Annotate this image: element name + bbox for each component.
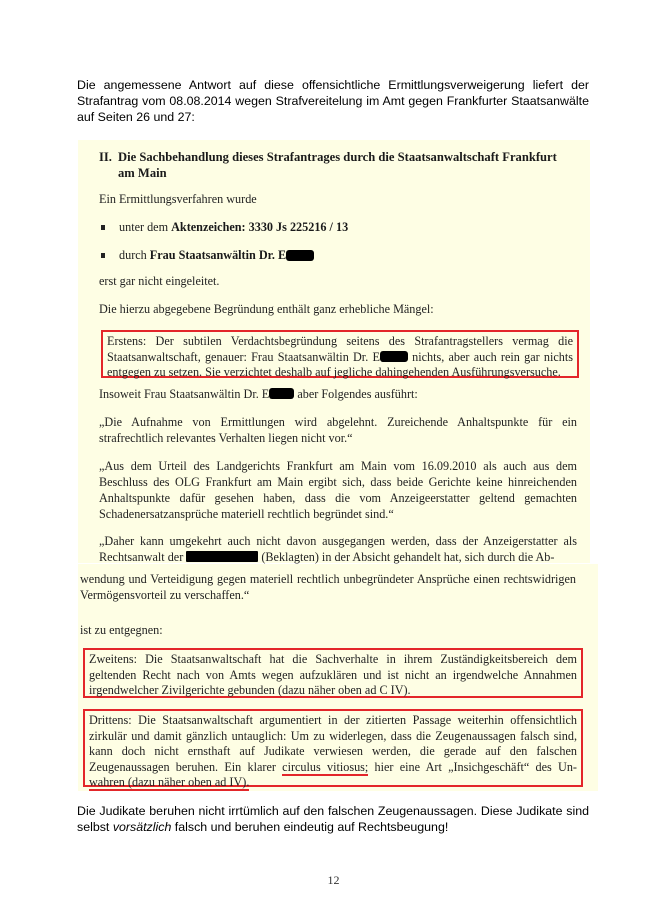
bullet-file-number: unter dem Aktenzeichen: 3330 Js 225216 /… (99, 219, 348, 235)
quote-3-continued: wendung und Verteidigung gegen materiell… (80, 571, 576, 603)
scanned-excerpt-1: II.Die Sachbehandlung dieses Strafantrag… (78, 140, 590, 563)
underlined-ending: wahren (dazu näher oben ad IV). (89, 775, 249, 791)
insoweit-text-2: aber Folgendes ausführt: (294, 387, 418, 401)
highlight-box-third: Drittens: Die Staatsanwaltschaft argumen… (83, 709, 583, 787)
highlight-box-second: Zweitens: Die Staatsanwaltschaft hat die… (83, 648, 583, 698)
redaction-bar (286, 250, 314, 261)
reasoning-intro: Die hierzu abgegebene Begründung enthält… (99, 301, 434, 317)
section-heading-line1: Die Sachbehandlung dieses Strafantrages … (118, 150, 557, 164)
redaction-bar (186, 551, 258, 562)
prosecutor-name: Frau Staatsanwältin Dr. E (150, 247, 286, 263)
not-initiated-line: erst gar nicht eingeleitet. (99, 273, 219, 289)
bullet-icon (101, 253, 105, 258)
conclusion-italic: vorsätzlich (113, 820, 172, 834)
file-number: Aktenzeichen: 3330 Js 225216 / 13 (171, 219, 348, 235)
section-number: II. (99, 149, 118, 165)
counter-intro: ist zu entgegnen: (80, 622, 163, 638)
bullet-prefix: unter dem (119, 219, 168, 235)
section-heading: II.Die Sachbehandlung dieses Strafantrag… (99, 149, 579, 181)
proceedings-intro: Ein Ermittlungsverfahren wurde (99, 191, 257, 207)
quote-1: „Die Aufnahme von Ermittlungen wird abge… (99, 414, 577, 446)
conclusion-text-2: falsch und beruhen eindeutig auf Rechtsb… (171, 820, 448, 834)
redaction-bar (380, 351, 408, 362)
underlined-circulus-vitiosus: circulus vitiosus; (282, 760, 368, 776)
insoweit-text-1: Insoweit Frau Staatsanwältin Dr. E (99, 387, 269, 401)
redaction-bar (269, 388, 294, 399)
quote-2: „Aus dem Urteil des Landgerichts Frankfu… (99, 458, 577, 522)
quote-3-text-2: (Beklagten) in der Absicht gehandelt hat… (258, 550, 554, 564)
scanned-excerpt-2: wendung und Verteidigung gegen materiell… (78, 564, 598, 791)
page-number: 12 (0, 873, 667, 888)
section-heading-line2: am Main (99, 165, 579, 181)
third-objection-text-2: hier eine Art „Insichgeschäft“ des Un- (368, 760, 577, 774)
conclusion-paragraph: Die Judikate beruhen nicht irrtümlich au… (77, 803, 589, 835)
bullet-icon (101, 225, 105, 230)
highlight-box-first: Erstens: Der subtilen Verdachtsbegründun… (101, 330, 579, 378)
bullet-prosecutor: durch Frau Staatsanwältin Dr. E (99, 247, 314, 263)
insoweit-line: Insoweit Frau Staatsanwältin Dr. E aber … (99, 386, 418, 402)
quote-3: „Daher kann umgekehrt auch nicht davon a… (99, 533, 577, 565)
bullet-prefix: durch (119, 247, 147, 263)
intro-paragraph: Die angemessene Antwort auf diese offens… (77, 77, 589, 125)
